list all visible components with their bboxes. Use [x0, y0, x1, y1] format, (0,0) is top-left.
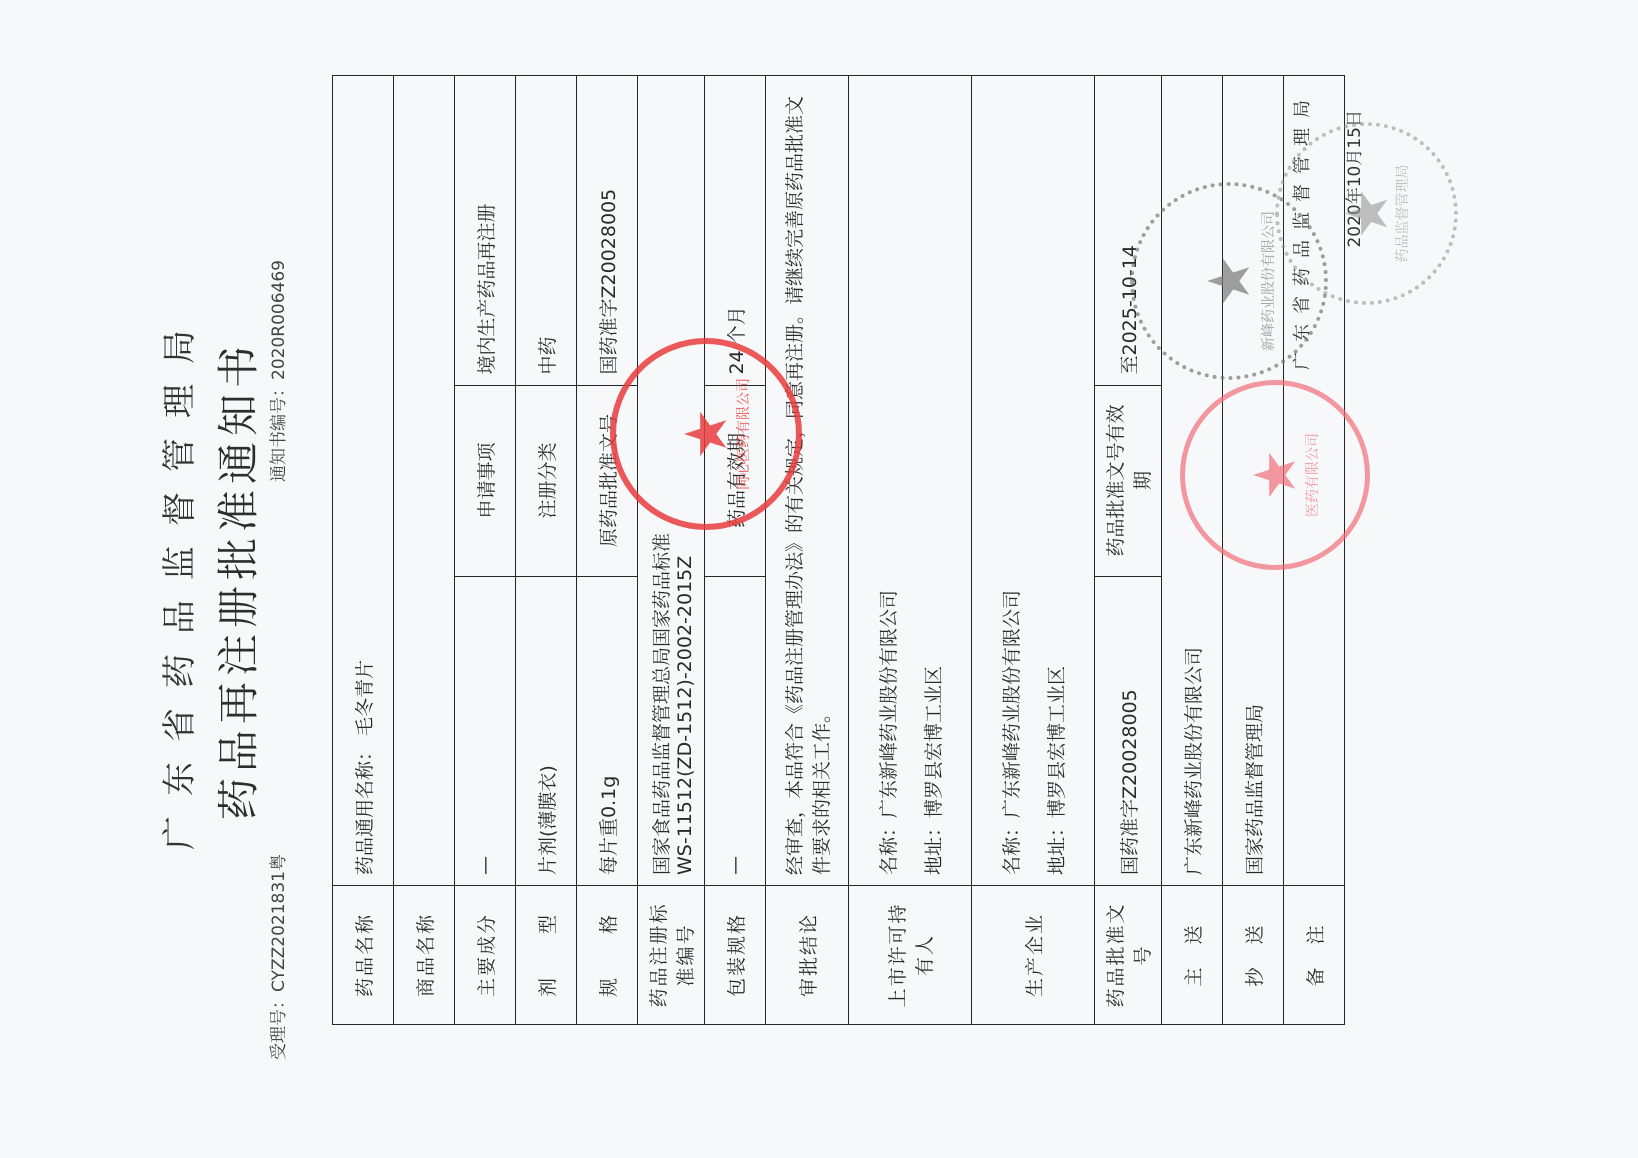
table-row: 剂 型 片剂(薄膜衣) 注册分类 中药 [516, 76, 577, 1025]
mah-name: 名称：广东新峰药业股份有限公司 [874, 86, 901, 875]
cc-value: 国家药品监督管理局 [1223, 76, 1284, 886]
manufacturer-address: 地址：博罗县宏博工业区 [1042, 86, 1069, 875]
authority-seal-text: 药品监督管理局 [1392, 126, 1412, 301]
mah-name-value: 广东新峰药业股份有限公司 [878, 590, 900, 818]
document-title: 药品再注册批准通知书 [206, 70, 266, 1090]
dosage-form-value: 片剂(薄膜衣) [516, 576, 577, 885]
signing-authority: 广东省药品监督管理局 [1288, 90, 1314, 370]
table-row: 审批结论 经审查，本品符合《药品注册管理办法》的有关规定，同意再注册。请继续完善… [766, 76, 849, 1025]
manufacturer-address-label: 地址： [1046, 818, 1068, 875]
trade-name-value [394, 76, 455, 886]
signing-date: 2020年10月15日 [1340, 110, 1365, 248]
notice-number: 通知书编号：2020R006469 [264, 260, 289, 482]
table-row: 规 格 每片重0.1g 原药品批准文号 国药准字Z20028005 [577, 76, 638, 1025]
table-row: 药品批准文号 国药准字Z20028005 药品批准文号有效期 至2025-10-… [1095, 76, 1162, 1025]
manufacturer-cell: 名称：广东新峰药业股份有限公司 地址：博罗县宏博工业区 [972, 76, 1095, 886]
mah-address-value: 博罗县宏博工业区 [923, 666, 945, 818]
mah-label: 上市许可持有人 [849, 886, 972, 1025]
registration-class-value: 中药 [516, 76, 577, 386]
table-row: 药品注册标准编号 国家食品药品监督管理总局国家药品标准 WS-11512(ZD-… [638, 76, 705, 1025]
table-row: 商品名称 [394, 76, 455, 1025]
main-ingredient-value: — [455, 576, 516, 885]
application-item-label: 申请事项 [455, 385, 516, 576]
main-ingredient-label: 主要成分 [455, 886, 516, 1025]
generic-name-value: 毛冬青片 [354, 660, 376, 736]
original-approval-label: 原药品批准文号 [577, 385, 638, 576]
remarks-label: 备 注 [1284, 886, 1345, 1025]
package-label: 包装规格 [705, 886, 766, 1025]
package-value: — [705, 576, 766, 885]
mah-address-label: 地址： [923, 818, 945, 875]
mah-name-label: 名称： [878, 818, 900, 875]
mah-address: 地址：博罗县宏博工业区 [919, 86, 946, 875]
spec-value: 每片重0.1g [577, 576, 638, 885]
manufacturer-address-value: 博罗县宏博工业区 [1046, 666, 1068, 818]
drug-name-label: 药品名称 [333, 886, 394, 1025]
issuer-heading: 广东省药品监督管理局 [152, 70, 201, 1090]
manufacturer-label: 生产企业 [972, 886, 1095, 1025]
application-item-value: 境内生产药品再注册 [455, 76, 516, 386]
notice-number-value: 2020R006469 [269, 260, 289, 380]
shelf-life-label: 药品有效期 [705, 385, 766, 576]
spec-label: 规 格 [577, 886, 638, 1025]
generic-name-label: 药品通用名称： [354, 742, 376, 875]
main-recipient-label: 主 送 [1162, 886, 1223, 1025]
standard-label: 药品注册标准编号 [638, 886, 705, 1025]
table-row: 生产企业 名称：广东新峰药业股份有限公司 地址：博罗县宏博工业区 [972, 76, 1095, 1025]
notice-document: 广东省药品监督管理局 药品再注册批准通知书 受理号：CYZZ2021831粤 通… [140, 70, 1440, 1090]
registration-class-label: 注册分类 [516, 385, 577, 576]
generic-name-cell: 药品通用名称： 毛冬青片 [333, 76, 394, 886]
acceptance-number-label: 受理号： [269, 992, 289, 1060]
table-row: 包装规格 — 药品有效期 24 个月 [705, 76, 766, 1025]
manufacturer-name-label: 名称： [1001, 818, 1023, 875]
approval-number-value: 国药准字Z20028005 [1095, 576, 1162, 885]
main-recipient-value: 广东新峰药业股份有限公司 [1162, 76, 1223, 886]
approval-validity-label: 药品批准文号有效期 [1095, 385, 1162, 576]
acceptance-number: 受理号：CYZZ2021831粤 [264, 854, 289, 1060]
standard-value: 国家食品药品监督管理总局国家药品标准 WS-11512(ZD-1512)-200… [638, 76, 705, 886]
manufacturer-name: 名称：广东新峰药业股份有限公司 [997, 86, 1024, 875]
conclusion-label: 审批结论 [766, 886, 849, 1025]
table-row: 主要成分 — 申请事项 境内生产药品再注册 [455, 76, 516, 1025]
table-row: 药品名称 药品通用名称： 毛冬青片 [333, 76, 394, 1025]
dosage-form-label: 剂 型 [516, 886, 577, 1025]
original-approval-value: 国药准字Z20028005 [577, 76, 638, 386]
manufacturer-name-value: 广东新峰药业股份有限公司 [1001, 590, 1023, 818]
shelf-life-value: 24 个月 [705, 76, 766, 386]
acceptance-number-value: CYZZ2021831粤 [269, 854, 289, 992]
notice-number-label: 通知书编号： [269, 380, 289, 482]
approval-validity-value: 至2025-10-14 [1095, 76, 1162, 386]
scanned-page: 广东省药品监督管理局 药品再注册批准通知书 受理号：CYZZ2021831粤 通… [0, 0, 1638, 1158]
conclusion-value: 经审查，本品符合《药品注册管理办法》的有关规定，同意再注册。请继续完善原药品批准… [766, 76, 849, 886]
cc-label: 抄 送 [1223, 886, 1284, 1025]
approval-table: 药品名称 药品通用名称： 毛冬青片 商品名称 主要成分 — 申请事项 境内生产药… [332, 75, 1345, 1025]
mah-cell: 名称：广东新峰药业股份有限公司 地址：博罗县宏博工业区 [849, 76, 972, 886]
table-row: 抄 送 国家药品监督管理局 [1223, 76, 1284, 1025]
table-row: 主 送 广东新峰药业股份有限公司 [1162, 76, 1223, 1025]
approval-number-label: 药品批准文号 [1095, 886, 1162, 1025]
trade-name-label: 商品名称 [394, 886, 455, 1025]
table-row: 上市许可持有人 名称：广东新峰药业股份有限公司 地址：博罗县宏博工业区 [849, 76, 972, 1025]
